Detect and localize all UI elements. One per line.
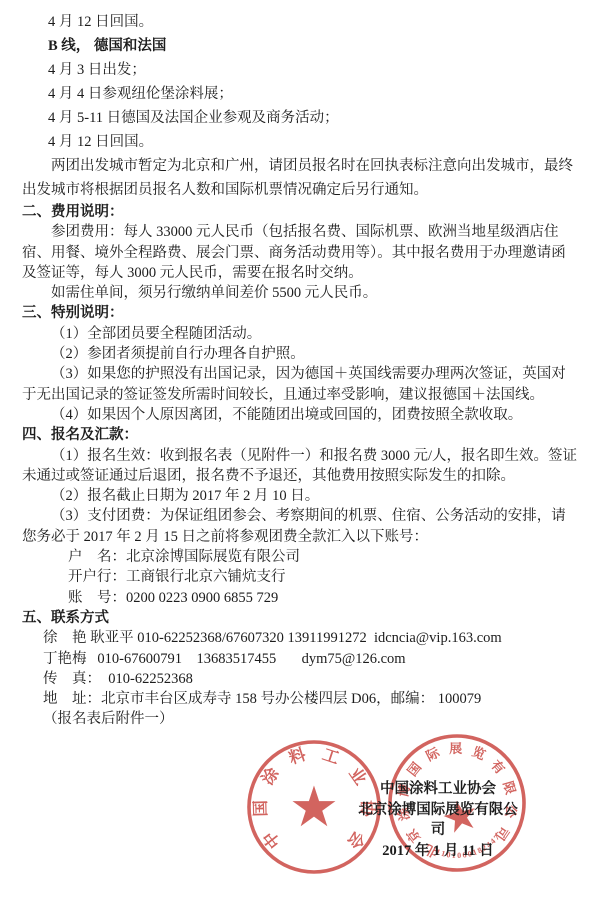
itinerary-exhibition-line: 4 月 4 日参观纽伦堡涂料展； [22, 82, 578, 106]
itinerary-return-line-b: 4 月 12 日回国。 [22, 130, 578, 154]
svg-text:国: 国 [404, 759, 424, 779]
special-note-item: （2）参团者须提前自行办理各自护照。 [22, 344, 578, 364]
itinerary-depart-line: 4 月 3 日出发； [22, 58, 578, 82]
fax-line: 传 真： 010-62252368 [43, 669, 578, 689]
contact-line: 徐 艳 耿亚平 010-62252368/67607320 1391199127… [43, 628, 578, 648]
special-note-item: （3）如果您的护照没有出国记录，因为德国＋英国线需要办理两次签证，英国对于无出国… [22, 364, 578, 405]
fees-heading: 二、费用说明： [22, 202, 578, 222]
svg-text:览: 览 [470, 744, 488, 763]
section-itinerary: 4 月 12 日回国。 B 线， 德国和法国 4 月 3 日出发； 4 月 4 … [22, 10, 578, 202]
bank-account-number: 账 号：0200 0223 0900 6855 729 [68, 588, 578, 608]
bank-branch: 开户行：工商银行北京六铺炕支行 [68, 567, 578, 587]
svg-text:涂: 涂 [256, 763, 283, 789]
svg-text:料: 料 [286, 744, 308, 767]
special-note-item: （1）全部团员要全程随团活动。 [22, 324, 578, 344]
fees-paragraph: 参团费用：每人 33000 元人民币（包括报名费、国际机票、欧洲当地星级酒店住宿… [22, 222, 578, 283]
document-body: 4 月 12 日回国。 B 线， 德国和法国 4 月 3 日出发； 4 月 4 … [0, 0, 600, 730]
single-room-note: 如需住单间，须另行缴纳单间差价 5500 元人民币。 [22, 283, 578, 303]
departure-city-note: 两团出发城市暂定为北京和广州，请团员报名时在回执表标注意向出发城市，最终出发城市… [22, 154, 578, 202]
attachment-note: （报名表后附件一） [43, 709, 578, 729]
registration-item: （3）支付团费：为保证组团参会、考察期间的机票、住宿、公务活动的安排，请您务必于… [22, 506, 578, 547]
section-fees: 二、费用说明： 参团费用：每人 33000 元人民币（包括报名费、国际机票、欧洲… [22, 202, 578, 303]
registration-item: （2）报名截止日期为 2017 年 2 月 10 日。 [22, 486, 578, 506]
itinerary-business-line: 4 月 5-11 日德国及法国企业参观及商务活动； [22, 106, 578, 130]
signature-org-association: 中国涂料工业协会 [352, 779, 524, 800]
signature-date: 2017 年 1 月 11 日 [352, 841, 524, 862]
itinerary-return-line-a: 4 月 12 日回国。 [22, 10, 578, 34]
special-notes-heading: 三、特别说明： [22, 303, 578, 323]
registration-item: （1）报名生效：收到报名表（见附件一）和报名费 3000 元/人，报名即生效。签… [22, 446, 578, 487]
svg-text:有: 有 [488, 757, 508, 777]
document-page: 4 月 12 日回国。 B 线， 德国和法国 4 月 3 日出发； 4 月 4 … [0, 0, 600, 899]
contact-line: 丁艳梅 010-67600791 13683517455 dym75@126.c… [43, 649, 578, 669]
registration-heading: 四、报名及汇款： [22, 425, 578, 445]
star-icon: ★ [289, 775, 339, 840]
svg-text:国: 国 [251, 800, 270, 817]
svg-text:工: 工 [320, 745, 342, 768]
contact-heading: 五、联系方式 [22, 608, 578, 628]
address-line: 地 址：北京市丰台区成寿寺 158 号办公楼四层 D06，邮编： 100079 [43, 689, 578, 709]
signature-org-company: 北京涂博国际展览有限公司 [352, 800, 524, 841]
section-registration: 四、报名及汇款： （1）报名生效：收到报名表（见附件一）和报名费 3000 元/… [22, 425, 578, 608]
route-b-title: B 线， 德国和法国 [22, 34, 578, 58]
section-special-notes: 三、特别说明： （1）全部团员要全程随团活动。 （2）参团者须提前自行办理各自护… [22, 303, 578, 425]
svg-text:展: 展 [449, 741, 462, 756]
bank-account-name: 户 名：北京涂博国际展览有限公司 [68, 547, 578, 567]
svg-text:际: 际 [423, 744, 442, 764]
special-note-item: （4）如果因个人原因离团，不能随团出境或回国的，团费按照全款收取。 [22, 405, 578, 425]
signature-block: 中国涂料工业协会 北京涂博国际展览有限公司 2017 年 1 月 11 日 [352, 779, 524, 861]
section-contact: 五、联系方式 徐 艳 耿亚平 010-62252368/67607320 139… [22, 608, 578, 730]
